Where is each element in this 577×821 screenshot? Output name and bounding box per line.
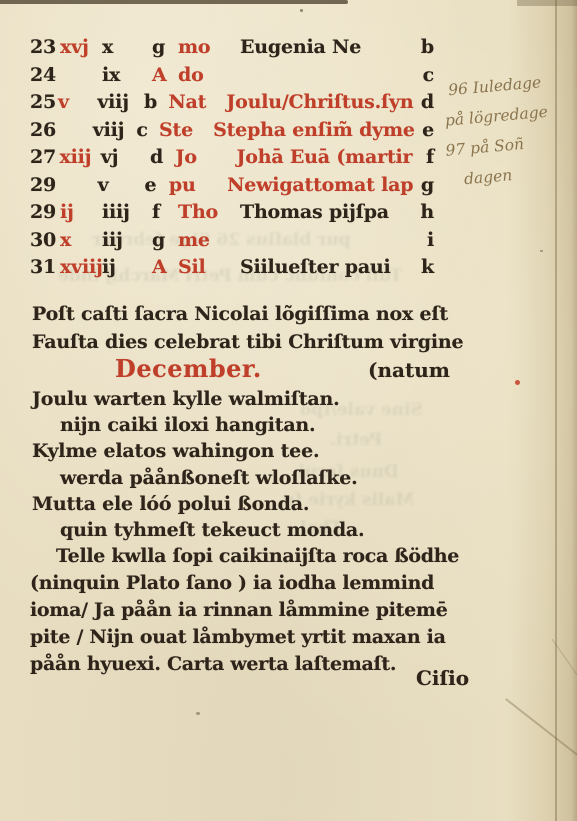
- calendar-row: 25 v viij b Nat Joulu/Chriſtus.ſyn d: [30, 91, 434, 119]
- page-top-edge-shadow: [0, 0, 348, 4]
- cisio-syllable: me: [178, 229, 240, 251]
- cisio-syllable: Jo: [176, 146, 237, 168]
- prose-line: pite / Nijn ouat låmbymet yrtit maxan ia: [30, 624, 475, 651]
- prose-line: påån hyuexi. Carta werta laſtemaſt.: [30, 651, 475, 678]
- cisio-syllable: Sil: [178, 256, 240, 278]
- latin-distich: Poſt caſti ſacra Nicolai lõgiſſima nox e…: [32, 301, 462, 356]
- finnish-verse: Joulu warten kylle walmiſtan. nijn caiki…: [32, 386, 364, 543]
- verse-line: nijn caiki iloxi hangitan.: [32, 412, 364, 438]
- dominical-letter: A: [152, 64, 178, 86]
- dominical-letter: g: [152, 36, 178, 58]
- paper-speck: [196, 712, 200, 715]
- feast-name: Siilueſter paui: [240, 256, 412, 278]
- golden-number: x: [60, 229, 102, 251]
- calendar-row: 23 xvj x g mo Eugenia Ne b: [30, 36, 434, 64]
- dominical-letter: f: [152, 201, 178, 223]
- golden-number: xvj: [60, 36, 102, 58]
- day-number: 24: [30, 64, 60, 86]
- calendar-row: 29 ij iiij f Tho Thomas pijſpa h: [30, 201, 434, 229]
- feast-name: Thomas pijſpa: [240, 201, 412, 223]
- calendar-row: 31 xviij ij A Sil Siilueſter paui k: [30, 256, 434, 284]
- index-letter: g: [413, 174, 434, 196]
- prose-line: ioma/ Ja påån ia rinnan låmmine pitemē: [30, 597, 475, 624]
- day-number: 30: [30, 229, 60, 251]
- index-letter: b: [412, 36, 434, 58]
- ferial-number: viij: [93, 119, 137, 141]
- feast-name: Eugenia Ne: [240, 36, 412, 58]
- ferial-number: vj: [101, 146, 150, 168]
- cisio-syllable: pu: [169, 174, 227, 196]
- feast-name: Johā Euā (martir: [237, 146, 413, 168]
- dominical-letter: b: [144, 91, 168, 113]
- latin-line: Poſt caſti ſacra Nicolai lõgiſſima nox e…: [32, 301, 462, 329]
- ferial-number: ij: [102, 256, 152, 278]
- verse-line: Mutta ele lóó polui ßonda.: [32, 491, 364, 517]
- handwritten-margin-note: 96 Iuledage på lögredage 97 på Soñ dagen: [439, 64, 577, 195]
- index-letter: d: [413, 91, 434, 113]
- page-crease: [505, 698, 577, 780]
- calendar-table: 23 xvj x g mo Eugenia Ne b 24 ix A do c …: [30, 36, 434, 284]
- prose-line: (ninquin Plato ſano ) ia iodha lemmind: [30, 570, 475, 597]
- day-number: 26: [30, 119, 56, 141]
- day-number: 29: [30, 201, 60, 223]
- paper-speck: [540, 250, 543, 252]
- book-page: Sine vale/ſpo Petri. Dnus ſerui Malis ky…: [0, 0, 577, 821]
- month-heading: December.: [115, 354, 262, 383]
- index-letter: h: [412, 201, 434, 223]
- cisio-syllable: Ste: [159, 119, 213, 141]
- cisio-syllable: mo: [178, 36, 240, 58]
- verse-line: Joulu warten kylle walmiſtan.: [32, 386, 364, 412]
- verse-line: Kylme elatos wahingon tee.: [32, 438, 364, 464]
- month-heading-note: (natum: [368, 358, 450, 382]
- day-number: 29: [30, 174, 58, 196]
- ferial-number: viij: [97, 91, 144, 113]
- index-letter: i: [412, 229, 434, 251]
- ferial-number: v: [98, 174, 145, 196]
- cisio-syllable: Nat: [168, 91, 226, 113]
- dominical-letter: A: [152, 256, 178, 278]
- catchword: Ciſio: [416, 666, 469, 690]
- ferial-number: iiij: [102, 201, 152, 223]
- calendar-row: 30 x iij g me i: [30, 229, 434, 257]
- index-letter: e: [415, 119, 434, 141]
- index-letter: c: [412, 64, 434, 86]
- calendar-row: 24 ix A do c: [30, 64, 434, 92]
- verse-line: werda påånßoneſt wloſlaſke.: [32, 465, 364, 491]
- calendar-row: 29 v e pu Newigattomat lap g: [30, 174, 434, 202]
- day-number: 27: [30, 146, 60, 168]
- calendar-row: 27 xiij vj d Jo Johā Euā (martir f: [30, 146, 434, 174]
- day-number: 31: [30, 256, 60, 278]
- ferial-number: ix: [102, 64, 152, 86]
- page-corner-smudge: [517, 0, 577, 6]
- dominical-letter: c: [136, 119, 159, 141]
- cisio-syllable: do: [178, 64, 240, 86]
- golden-number: xiij: [60, 146, 101, 168]
- red-ink-speck: [515, 380, 520, 385]
- latin-line: Fauſta dies celebrat tibi Chriſtum virgi…: [32, 329, 462, 357]
- index-letter: f: [412, 146, 434, 168]
- feast-name: Newigattomat lap: [227, 174, 413, 196]
- paper-speck: [300, 9, 303, 12]
- dominical-letter: e: [145, 174, 169, 196]
- verse-line: quin tyhmeſt tekeuct monda.: [32, 517, 364, 543]
- dominical-letter: d: [150, 146, 176, 168]
- prose-line: Telle kwlla ſopi caikinaijſta roca ßödhe: [30, 543, 475, 570]
- cisio-syllable: Tho: [178, 201, 240, 223]
- golden-number: ij: [60, 201, 102, 223]
- feast-name: Joulu/Chriſtus.ſyn: [226, 91, 413, 113]
- day-number: 25: [30, 91, 58, 113]
- golden-number: v: [58, 91, 97, 113]
- day-number: 23: [30, 36, 60, 58]
- ferial-number: iij: [102, 229, 152, 251]
- golden-number: xviij: [60, 256, 102, 278]
- ferial-number: x: [102, 36, 152, 58]
- prose-paragraph: Telle kwlla ſopi caikinaijſta roca ßödhe…: [30, 543, 475, 678]
- calendar-row: 26 viij c Ste Stepha enſim̃ dyme e: [30, 119, 434, 147]
- feast-name: Stepha enſim̃ dyme: [213, 119, 415, 141]
- index-letter: k: [412, 256, 434, 278]
- dominical-letter: g: [152, 229, 178, 251]
